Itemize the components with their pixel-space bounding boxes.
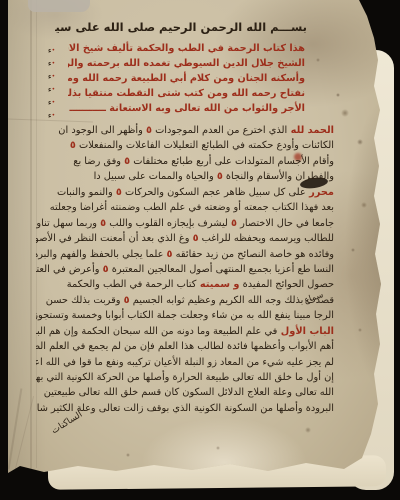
text-line: وأقام الأجسام المتولدات على أربع طبائع م… bbox=[36, 154, 334, 169]
collation-mark: •ء bbox=[44, 70, 60, 83]
text-line: لم يجز عليه شيء من المعاد زو النبلة الأع… bbox=[36, 355, 334, 370]
rubric-title-line: هذا كتاب الرحمة في الطب والحكمة تأليف شي… bbox=[68, 41, 305, 56]
text-line: والفطران والأسقام والنجاة ٥ والحياة والم… bbox=[36, 169, 334, 184]
text-line: قصدت بذلك وجه الله الكريم وعظيم ثوابه ال… bbox=[36, 293, 334, 308]
rubric-title-line: نفتاح رحمه الله ومن كتب شتى التقطت منتقي… bbox=[68, 86, 305, 101]
paper-fragment bbox=[28, 0, 90, 12]
text-line: للطالب ويرسمه ويحفظه للراغب ٥ وغ الذي بع… bbox=[36, 231, 334, 246]
manuscript-page: بســـم الله الرحمن الرحيم صلى الله على س… bbox=[8, 0, 394, 492]
text-line: إن أول ما خلق الله تعالى طبيعة الحرارة و… bbox=[36, 370, 334, 385]
text-line: محرر على كل سبيل ظاهر عجم السكون والحركا… bbox=[36, 185, 334, 200]
text-line: الله تعالى وعلة العلاج الدلائل السكون كا… bbox=[36, 385, 334, 400]
collation-mark: •ء bbox=[44, 109, 60, 122]
text-line: الرجا مبينا ينفع الله به من شاء وجعلت جم… bbox=[36, 308, 334, 323]
collation-mark: •ء bbox=[44, 96, 60, 109]
rubric-title-block: هذا كتاب الرحمة في الطب والحكمة تأليف شي… bbox=[68, 41, 305, 116]
text-line: وفائده هو خاصة النصائح من زيد حقائقه ٥ ع… bbox=[36, 247, 334, 262]
basmala-line: بســـم الله الرحمن الرحيم صلى الله على س… bbox=[55, 20, 307, 38]
text-line: النسا طع أعزيا بجميع المنتهى أصول المعال… bbox=[36, 262, 334, 277]
collation-mark: •ء bbox=[44, 57, 60, 70]
text-line: بعد فهذا الكتاب جمعته أو وضعته في علم ال… bbox=[36, 200, 334, 215]
rubric-title-line: الأجر والثواب من الله تعالى وبه الاستعان… bbox=[68, 101, 305, 116]
collation-mark: •ء bbox=[44, 83, 60, 96]
text-line: الكائنات وأودع حكمته في الطبائع التعليلا… bbox=[36, 138, 334, 153]
text-line: الباب الأول في علم الطبيعة وما دونه من ا… bbox=[36, 324, 334, 339]
text-line: أهم الأبواب وأعظمها فائدة لطالب هذا العل… bbox=[36, 339, 334, 354]
body-text-block: الحمد لله الذي اخترع من العدم الموجودات … bbox=[36, 123, 334, 416]
text-line: الحمد لله الذي اخترع من العدم الموجودات … bbox=[36, 123, 334, 138]
collation-marks-column: •ء•ء•ء•ء•ء•ء bbox=[44, 44, 60, 122]
text-line: حصول الحوائج المفيدة و سميته كتاب الرحمة… bbox=[36, 277, 334, 292]
manuscript-scan: بســـم الله الرحمن الرحيم صلى الله على س… bbox=[0, 0, 400, 500]
rubric-title-line: الشيخ جلال الدين السيوطي تغمده الله برحم… bbox=[68, 56, 305, 71]
collation-mark: •ء bbox=[44, 44, 60, 57]
rubric-title-line: وأسكنه الجنان ومن كلام أبي الطبيعة رحمه … bbox=[68, 71, 305, 86]
text-line: جامعا في حال الاختصار ٥ ليشرف بإيجازه ال… bbox=[36, 216, 334, 231]
